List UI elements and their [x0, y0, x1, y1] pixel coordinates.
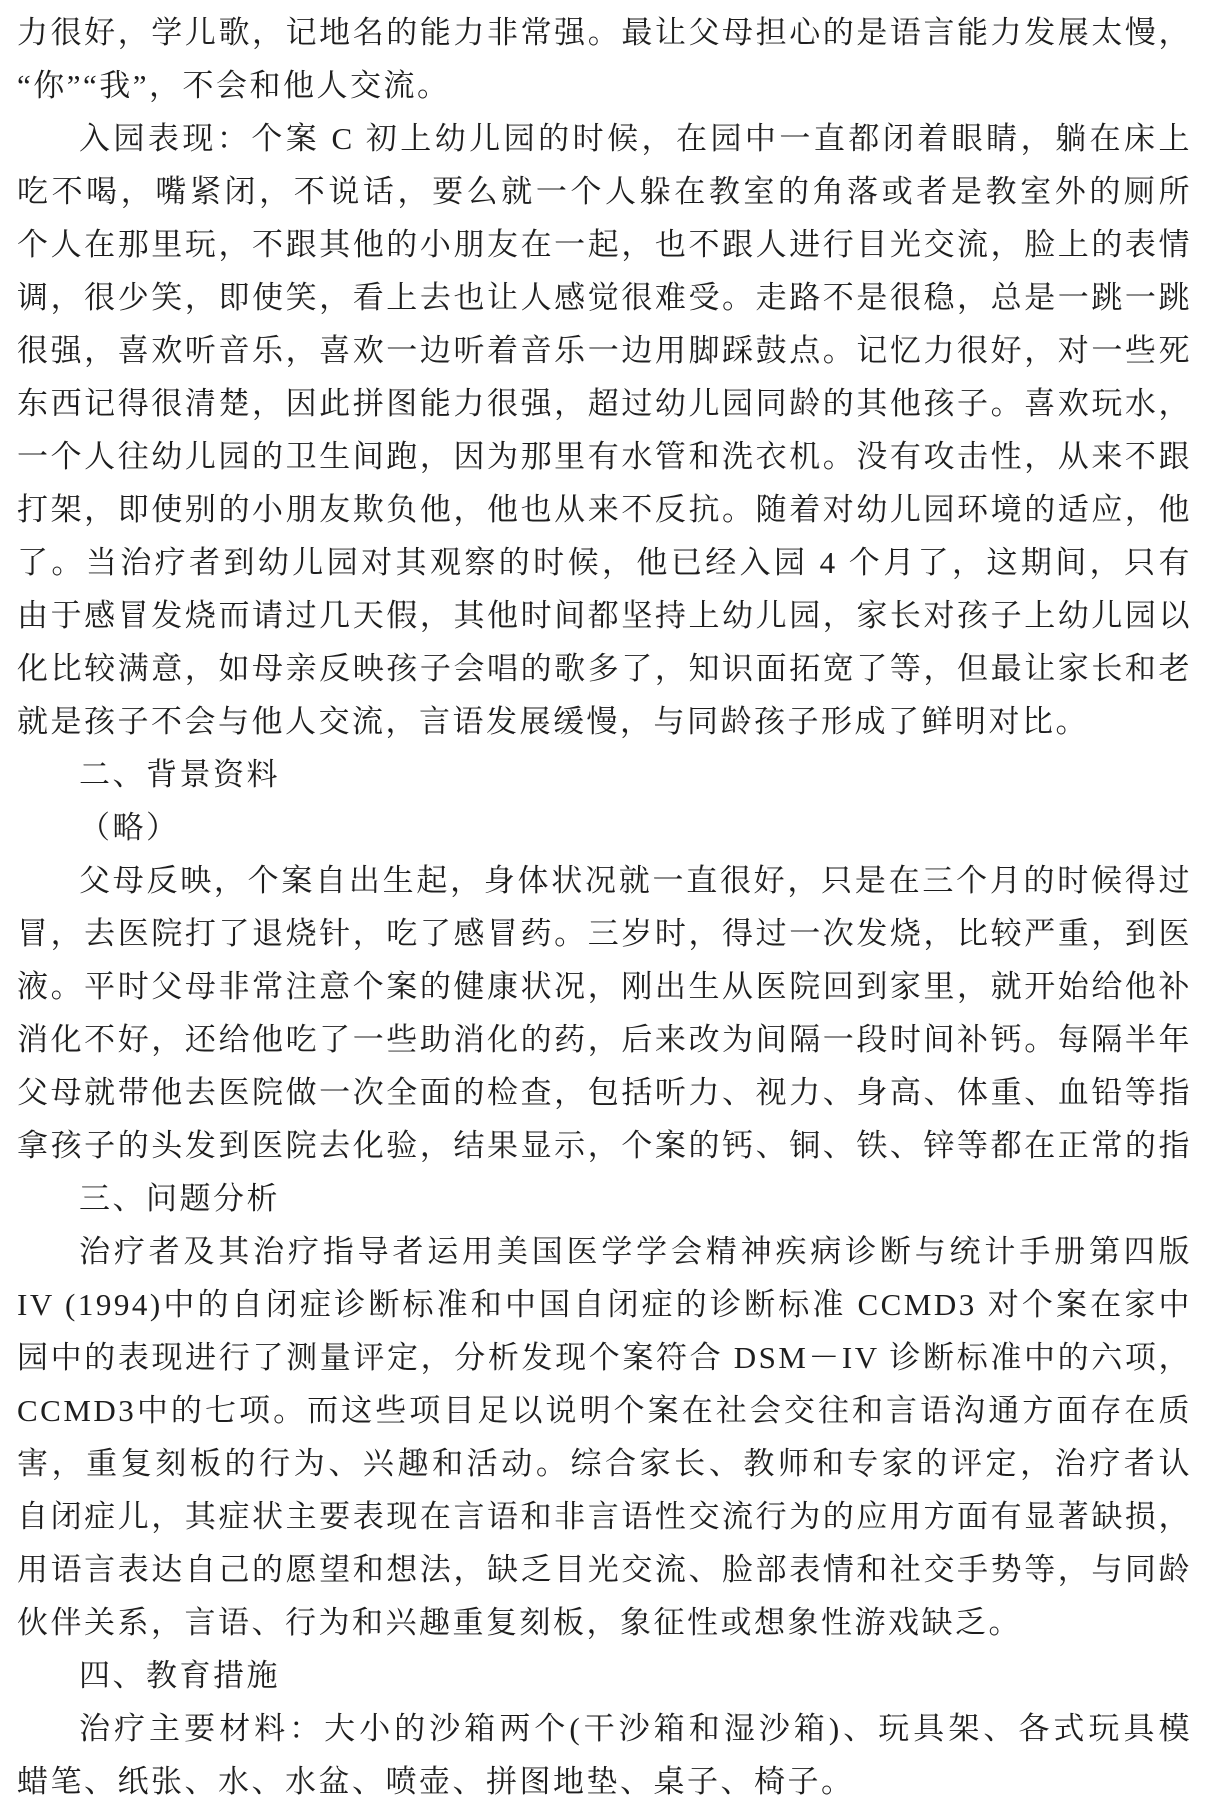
- text-line: 用语言表达自己的愿望和想法，缺乏目光交流、脸部表情和社交手势等，与同龄儿童缺乏: [17, 1543, 1192, 1596]
- heading-educational-measures: 四、教育措施: [17, 1649, 1192, 1702]
- text-line: 伙伴关系，言语、行为和兴趣重复刻板，象征性或想象性游戏缺乏。: [17, 1596, 1192, 1649]
- text-line: 蜡笔、纸张、水、水盆、喷壶、拼图地垫、桌子、椅子。: [17, 1755, 1192, 1807]
- text-line: 由于感冒发烧而请过几天假，其他时间都坚持上幼儿园，家长对孩子上幼儿园以后的变: [17, 589, 1192, 642]
- section-problem-analysis: 三、问题分析: [17, 1172, 1192, 1225]
- text-line: IV (1994)中的自闭症诊断标准和中国自闭症的诊断标准 CCMD3 对个案在…: [17, 1278, 1192, 1331]
- text-line: 自闭症儿，其症状主要表现在言语和非言语性交流行为的应用方面有显著缺损，如不会: [17, 1490, 1192, 1543]
- text-line: 园中的表现进行了测量评定，分析发现个案符合 DSM－IV 诊断标准中的六项，符合: [17, 1331, 1192, 1384]
- paragraph-omitted: （略）: [17, 801, 1192, 854]
- text-line: 力很好，学儿歌，记地名的能力非常强。最让父母担心的是语言能力发展太慢，分不清: [17, 6, 1192, 59]
- text-line: 液。平时父母非常注意个案的健康状况，刚出生从医院回到家里，就开始给他补钙，怕他: [17, 960, 1192, 1013]
- heading-background-info: 二、背景资料: [17, 748, 1192, 801]
- document-page: 力很好，学儿歌，记地名的能力非常强。最让父母担心的是语言能力发展太慢，分不清 “…: [0, 0, 1222, 1807]
- text-line: 调，很少笑，即使笑，看上去也让人感觉很难受。走路不是很稳，总是一跳一跳的。乐感: [17, 271, 1192, 324]
- text-line: 父母就带他去医院做一次全面的检查，包括听力、视力、身高、体重、血铅等指标，还经常: [17, 1066, 1192, 1119]
- text-line: 化比较满意，如母亲反映孩子会唱的歌多了，知识面拓宽了等，但最让家长和老师困扰的: [17, 642, 1192, 695]
- paragraph-treatment-materials: 治疗主要材料：大小的沙箱两个(干沙箱和湿沙箱)、玩具架、各式玩具模型、橡皮泥、 …: [17, 1702, 1192, 1807]
- text-line: 了。当治疗者到幼儿园对其观察的时候，他已经入园 4 个月了，这期间，只有国庆节前…: [17, 536, 1192, 589]
- text-line: 一个人往幼儿园的卫生间跑，因为那里有水管和洗衣机。没有攻击性，从来不跟小朋友: [17, 430, 1192, 483]
- text-line: 拿孩子的头发到医院去化验，结果显示，个案的钙、铜、铁、锌等都在正常的指标范围内。: [17, 1119, 1192, 1172]
- text-line: 治疗者及其治疗指导者运用美国医学学会精神疾病诊断与统计手册第四版 DSM－: [17, 1225, 1192, 1278]
- text-line: 吃不喝，嘴紧闭，不说话，要么就一个人躲在教室的角落或者是教室外的厕所里，总是一: [17, 165, 1192, 218]
- text-line: 冒，去医院打了退烧针，吃了感冒药。三岁时，得过一次发烧，比较严重，到医院输了三天: [17, 907, 1192, 960]
- paragraph-diagnosis: 治疗者及其治疗指导者运用美国医学学会精神疾病诊断与统计手册第四版 DSM－ IV…: [17, 1225, 1192, 1649]
- text-line: 害，重复刻板的行为、兴趣和活动。综合家长、教师和专家的评定，治疗者认为，个案属于: [17, 1437, 1192, 1490]
- section-educational-measures: 四、教育措施: [17, 1649, 1192, 1702]
- paragraph-continuation: 力很好，学儿歌，记地名的能力非常强。最让父母担心的是语言能力发展太慢，分不清 “…: [17, 6, 1192, 112]
- section-background-info: 二、背景资料: [17, 748, 1192, 801]
- text-line: 东西记得很清楚，因此拼图能力很强，超过幼儿园同龄的其他孩子。喜欢玩水，所以经常: [17, 377, 1192, 430]
- paragraph-kindergarten-performance: 入园表现：个案 C 初上幼儿园的时候，在园中一直都闭着眼睛，躺在床上不起来，不 …: [17, 112, 1192, 748]
- text-line: “你”“我”，不会和他人交流。: [17, 59, 1192, 112]
- text-line: 治疗主要材料：大小的沙箱两个(干沙箱和湿沙箱)、玩具架、各式玩具模型、橡皮泥、: [17, 1702, 1192, 1755]
- paragraph-health-history: 父母反映，个案自出生起，身体状况就一直很好，只是在三个月的时候得过一次感 冒，去…: [17, 854, 1192, 1172]
- text-line: 父母反映，个案自出生起，身体状况就一直很好，只是在三个月的时候得过一次感: [17, 854, 1192, 907]
- text-line: 个人在那里玩，不跟其他的小朋友在一起，也不跟人进行目光交流，脸上的表情非常单: [17, 218, 1192, 271]
- text-line: CCMD3中的七项。而这些项目足以说明个案在社会交往和言语沟通方面存在质的损: [17, 1384, 1192, 1437]
- text-line: 就是孩子不会与他人交流，言语发展缓慢，与同龄孩子形成了鲜明对比。: [17, 695, 1192, 748]
- heading-problem-analysis: 三、问题分析: [17, 1172, 1192, 1225]
- text-line: 很强，喜欢听音乐，喜欢一边听着音乐一边用脚踩鼓点。记忆力很好，对一些死记硬背的: [17, 324, 1192, 377]
- text-line: 打架，即使别的小朋友欺负他，他也从来不反抗。随着对幼儿园环境的适应，他表现好多: [17, 483, 1192, 536]
- text-line: （略）: [17, 801, 1192, 854]
- text-line: 入园表现：个案 C 初上幼儿园的时候，在园中一直都闭着眼睛，躺在床上不起来，不: [17, 112, 1192, 165]
- text-line: 消化不好，还给他吃了一些助消化的药，后来改为间隔一段时间补钙。每隔半年的时间，: [17, 1013, 1192, 1066]
